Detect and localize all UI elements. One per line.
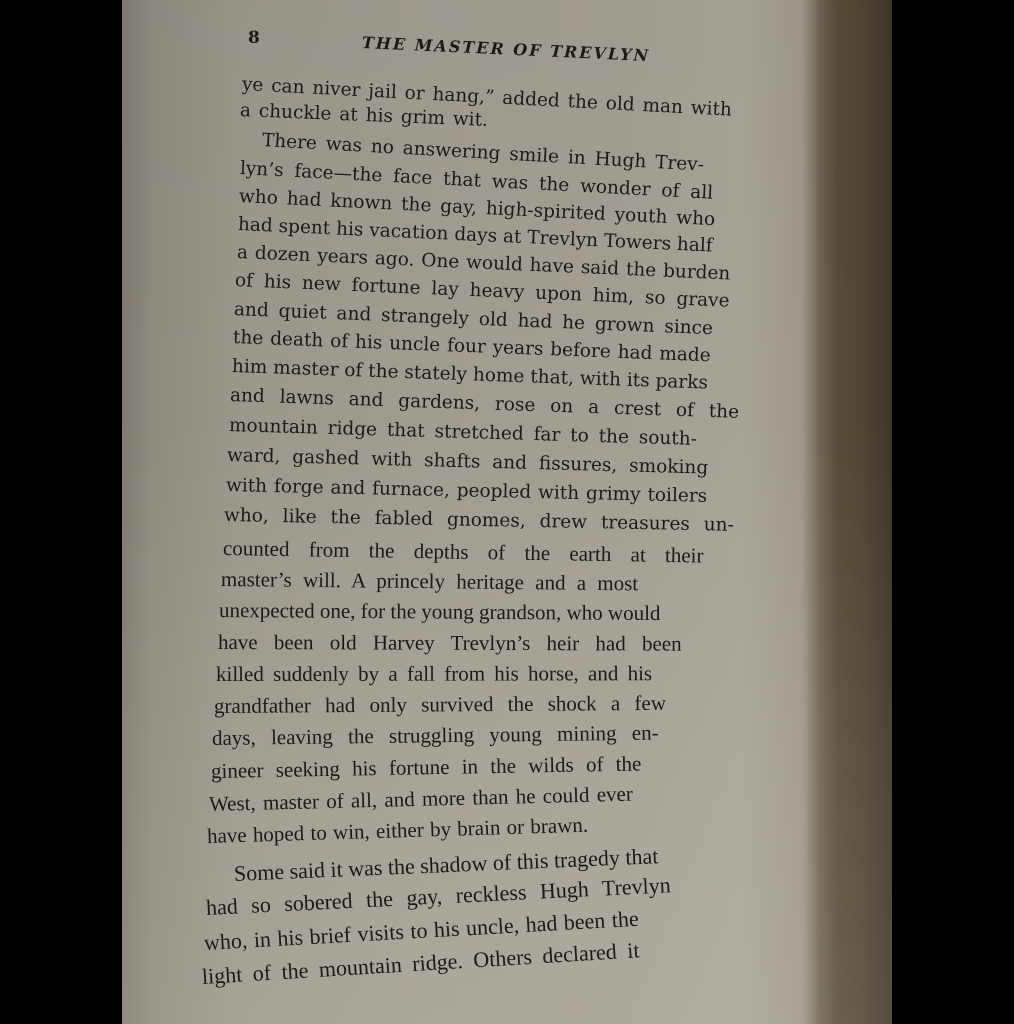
text-line: West, master of all, and more than he co… xyxy=(209,782,633,817)
text-line: mountain ridge that stretched far to the… xyxy=(229,415,698,450)
text-line: days, leaving the struggling young minin… xyxy=(212,721,659,751)
text-line: have been old Harvey Trevlyn’s heir had … xyxy=(218,630,682,657)
text-line: have hoped to win, either by brain or br… xyxy=(207,813,589,849)
page-text: 8 THE MASTER OF TREVLYN ye can niver jai… xyxy=(122,0,892,1024)
text-line: who, like the fabled gnomes, drew treasu… xyxy=(224,505,734,536)
text-line: killed suddenly by a fall from his horse… xyxy=(216,661,652,687)
text-line: master’s will. A princely heritage and a… xyxy=(221,567,638,596)
text-line: gineer seeking his fortune in the wilds … xyxy=(211,751,642,784)
text-line: grandfather had only survived the shock … xyxy=(214,691,666,719)
page-number: 8 xyxy=(248,28,260,48)
text-line: counted from the depths of the earth at … xyxy=(223,536,704,569)
text-line: unexpected one, for the young grandson, … xyxy=(219,598,661,626)
text-line: ward, gashed with shafts and fissures, s… xyxy=(227,445,709,479)
running-head: THE MASTER OF TREVLYN xyxy=(362,33,651,65)
book-page: 8 THE MASTER OF TREVLYN ye can niver jai… xyxy=(122,0,892,1024)
photo-frame: 8 THE MASTER OF TREVLYN ye can niver jai… xyxy=(0,0,1014,1024)
text-line: with forge and furnace, peopled with gri… xyxy=(226,475,708,507)
